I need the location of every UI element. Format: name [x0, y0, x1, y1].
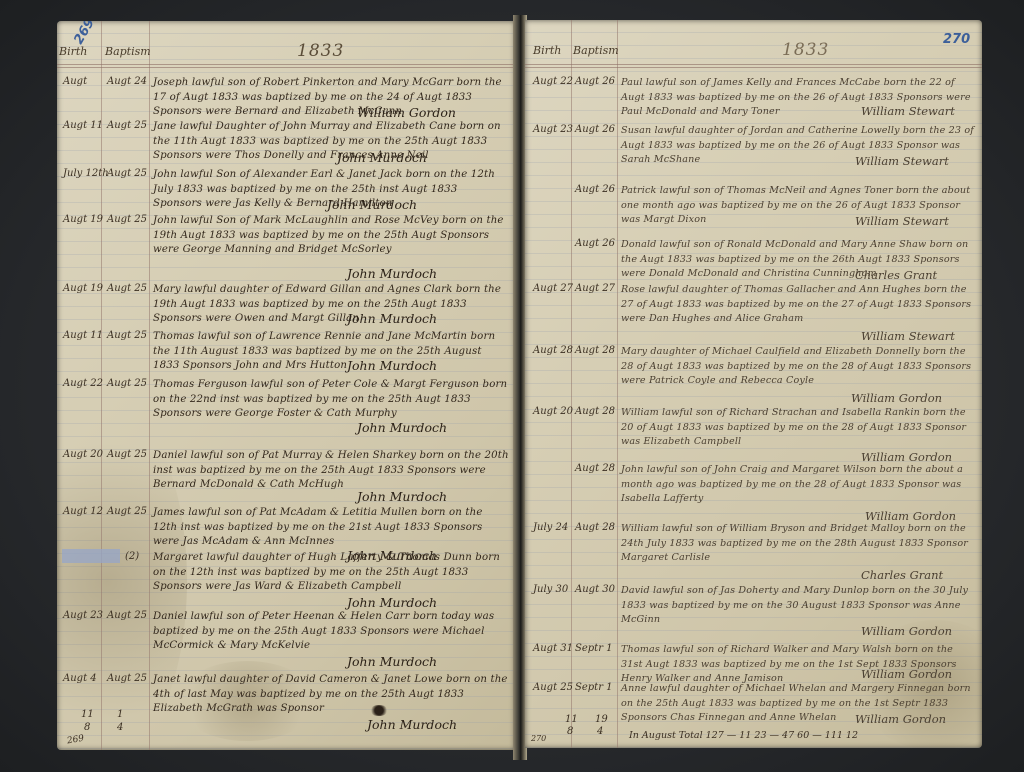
- birth-date: July 30: [533, 584, 568, 595]
- birth-date: Augt 22: [533, 76, 573, 87]
- header-rule: [525, 64, 982, 65]
- column-header-birth: Birth: [59, 45, 87, 58]
- ink-blot: [370, 705, 388, 716]
- baptism-date: Augt 26: [575, 238, 615, 249]
- birth-date: Augt 12: [63, 506, 103, 517]
- birth-date: Augt 23: [63, 610, 103, 621]
- priest-signature: William Stewart: [861, 329, 955, 343]
- baptism-date: Augt 25: [107, 214, 147, 225]
- priest-signature: William Gordon: [851, 391, 942, 405]
- baptism-date: Augt 30: [575, 584, 615, 595]
- baptism-date: Augt 28: [575, 463, 615, 474]
- baptism-date: Augt 25: [107, 506, 147, 517]
- birth-date: Augt 4: [63, 673, 97, 684]
- baptism-column-rule: [617, 20, 618, 748]
- birth-date: Augt 20: [533, 406, 573, 417]
- priest-signature: John Murdoch: [347, 595, 437, 610]
- header-rule-double: [525, 67, 982, 68]
- baptism-date: Septr 1: [575, 682, 613, 693]
- priest-signature: Charles Grant: [855, 268, 937, 282]
- column-header-baptism: Baptism: [105, 45, 151, 58]
- baptism-date: Augt 25: [107, 330, 147, 341]
- priest-signature: William Gordon: [855, 712, 946, 726]
- tally-birth: 8: [84, 722, 90, 733]
- year-heading: 1833: [297, 41, 344, 61]
- birth-date: Augt 19: [63, 283, 103, 294]
- baptism-date: Augt 25: [107, 120, 147, 131]
- column-header-baptism: Baptism: [573, 44, 619, 57]
- birth-date: Augt 31: [533, 643, 573, 654]
- page-number: 269: [71, 21, 98, 47]
- baptism-date: Augt 24: [107, 76, 147, 87]
- blue-marker-tab: [62, 549, 120, 563]
- register-page-right: 270 Birth Baptism 1833 Augt 22 Augt 26 P…: [525, 20, 982, 748]
- baptism-date: Augt 25: [107, 378, 147, 389]
- baptism-date: Augt 28: [575, 345, 615, 356]
- birth-date: Augt 27: [533, 283, 573, 294]
- year-heading: 1833: [782, 40, 829, 60]
- entry-text: Mary daughter of Michael Caulfield and E…: [621, 345, 977, 389]
- baptism-date: Augt 25: [107, 673, 147, 684]
- birth-date: Augt 19: [63, 214, 103, 225]
- priest-signature: John Murdoch: [327, 197, 417, 212]
- tally-birth: 11: [565, 714, 578, 725]
- baptism-date: Augt 25: [107, 283, 147, 294]
- tally-birth: 11: [81, 709, 94, 720]
- birth-date: Augt 20: [63, 449, 103, 460]
- entry-text: Rose lawful daughter of Thomas Gallacher…: [621, 283, 977, 327]
- priest-signature: William Gordon: [865, 509, 956, 523]
- bottom-page-number: 270: [531, 734, 546, 743]
- baptism-column-rule: [149, 21, 150, 750]
- entry-text: David lawful son of Jas Doherty and Mary…: [621, 584, 977, 628]
- priest-signature: William Gordon: [861, 667, 952, 681]
- tally-baptism: 19: [595, 714, 608, 725]
- birth-date: Augt 11: [63, 330, 103, 341]
- birth-date: Augt 25: [533, 682, 573, 693]
- entry-text: Thomas lawful son of Lawrence Rennie and…: [153, 330, 509, 374]
- header-rule: [57, 64, 515, 65]
- priest-signature: William Gordon: [861, 450, 952, 464]
- priest-signature: William Stewart: [855, 154, 949, 168]
- baptism-date: Augt 28: [575, 522, 615, 533]
- baptism-date: Augt 27: [575, 283, 615, 294]
- entry-text: William lawful son of Richard Strachan a…: [621, 406, 977, 450]
- baptism-date: (2): [125, 551, 139, 562]
- entry-text: John lawful Son of Mark McLaughlin and R…: [153, 214, 509, 258]
- priest-signature: William Gordon: [357, 105, 456, 120]
- entry-text: Mary lawful daughter of Edward Gillan an…: [153, 283, 509, 327]
- priest-signature: John Murdoch: [357, 489, 447, 504]
- monthly-total-note: In August Total 127 — 11 23 — 47 60 — 11…: [629, 730, 858, 741]
- entry-text: John lawful son of John Craig and Margar…: [621, 463, 977, 507]
- entry-text: Jane lawful Daughter of John Murray and …: [153, 120, 509, 164]
- priest-signature: John Murdoch: [337, 150, 427, 165]
- priest-signature: John Murdoch: [347, 654, 437, 669]
- entry-text: Janet lawful daughter of David Cameron &…: [153, 673, 509, 717]
- priest-signature: John Murdoch: [347, 358, 437, 373]
- priest-signature: Charles Grant: [861, 568, 943, 582]
- priest-signature: William Gordon: [861, 624, 952, 638]
- column-header-birth: Birth: [533, 44, 561, 57]
- priest-signature: John Murdoch: [347, 311, 437, 326]
- birth-date: Augt: [63, 76, 87, 87]
- baptism-date: Augt 26: [575, 184, 615, 195]
- baptism-date: Augt 25: [107, 168, 147, 179]
- baptism-date: Augt 26: [575, 76, 615, 87]
- entry-text: Daniel lawful son of Pat Murray & Helen …: [153, 449, 509, 493]
- birth-date: Augt 23: [533, 124, 573, 135]
- register-page-left: 269 Birth Baptism 1833 Augt Augt 24 Jose…: [57, 21, 515, 750]
- birth-date: Augt 28: [533, 345, 573, 356]
- baptism-date: Augt 25: [107, 449, 147, 460]
- entry-text: James lawful son of Pat McAdam & Letitia…: [153, 506, 509, 550]
- entry-text: William lawful son of William Bryson and…: [621, 522, 977, 566]
- baptism-date: Augt 26: [575, 124, 615, 135]
- birth-date: Augt 22: [63, 378, 103, 389]
- header-rule-double: [57, 67, 515, 68]
- entry-text: Daniel lawful son of Peter Heenan & Hele…: [153, 610, 509, 654]
- baptism-date: Augt 25: [107, 610, 147, 621]
- entry-text: Margaret lawful daughter of Hugh Laffert…: [153, 551, 509, 595]
- tally-baptism: 1: [117, 709, 123, 720]
- tally-birth: 8: [567, 726, 573, 737]
- baptism-date: Augt 28: [575, 406, 615, 417]
- entry-text: Thomas Ferguson lawful son of Peter Cole…: [153, 378, 509, 422]
- priest-signature: John Murdoch: [347, 266, 437, 281]
- bottom-page-number: 269: [66, 734, 85, 747]
- baptism-date: Septr 1: [575, 643, 613, 654]
- priest-signature: William Stewart: [861, 104, 955, 118]
- birth-date: July 12th: [63, 168, 109, 179]
- page-number: 270: [943, 32, 970, 47]
- birth-date: July 24: [533, 522, 568, 533]
- birth-date: Augt 11: [63, 120, 103, 131]
- priest-signature: William Stewart: [855, 214, 949, 228]
- priest-signature: John Murdoch: [367, 717, 457, 732]
- tally-baptism: 4: [597, 726, 603, 737]
- priest-signature: John Murdoch: [357, 420, 447, 435]
- tally-baptism: 4: [117, 722, 123, 733]
